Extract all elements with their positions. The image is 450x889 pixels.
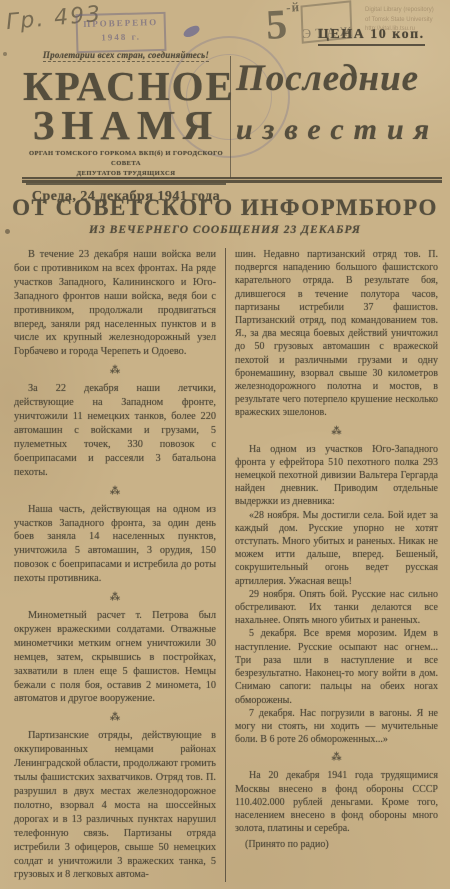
newspaper-title-line2: ЗНАМЯ	[23, 107, 229, 145]
library-watermark: Digital Library (repository) of Tomsk St…	[365, 6, 447, 35]
masthead-divider	[230, 56, 231, 178]
watermark-line: Digital Library (repository)	[365, 6, 447, 16]
asterism-separator: ⁂	[14, 480, 216, 503]
left-column: В течение 23 декабря наши войска вели бо…	[14, 248, 226, 882]
body-paragraph: 7 декабря. Нас погрузили в вагоны. Я не …	[235, 707, 438, 747]
body-paragraph: Минометный расчет т. Петрова был окружен…	[14, 609, 216, 706]
article-subheadline: ИЗ ВЕЧЕРНЕГО СООБЩЕНИЯ 23 ДЕКАБРЯ	[0, 224, 450, 236]
asterism-separator: ⁂	[14, 359, 216, 382]
bulletin-title-line2: известия	[236, 113, 446, 147]
asterism-separator: ⁂	[235, 746, 438, 769]
newspaper-title-line1: КРАСНОЕ	[23, 66, 229, 107]
body-paragraph: За 22 декабря наши летчики, действующие …	[14, 382, 216, 479]
margin-ink-dot	[3, 52, 7, 56]
body-paragraph: 29 ноября. Опять бой. Русские нас сильно…	[235, 588, 438, 628]
body-paragraph: На 20 декабря 1941 года трудящимися Моск…	[235, 769, 438, 835]
floor-stamp-suffix: -й	[286, 0, 301, 15]
asterism-separator: ⁂	[235, 420, 438, 443]
asterism-separator: ⁂	[14, 586, 216, 609]
body-paragraph: На одном из участков Юго-Западного фронт…	[235, 443, 438, 509]
floor-number-stamp: 5-й ЭТАЖ	[265, 0, 302, 47]
checked-stamp-word: ПРОВЕРЕНО	[78, 16, 164, 32]
body-paragraph: шин. Недавно партизанский отряд тов. П. …	[235, 248, 438, 420]
masthead-rule	[26, 183, 226, 185]
body-paragraph: В течение 23 декабря наши войска вели бо…	[14, 248, 216, 359]
organ-line1: ОРГАН ТОМСКОГО ГОРКОМА ВКП(б) И ГОРОДСКО…	[23, 149, 229, 169]
asterism-separator: ⁂	[14, 706, 216, 729]
body-paragraph: «28 ноября. Мы достигли села. Бой идет з…	[235, 509, 438, 588]
masthead-bottom-rule	[22, 177, 442, 183]
ink-blot-mark	[182, 24, 201, 39]
newspaper-scan: Гр. 493 ПРОВЕРЕНО 1948 г. 5-й ЭТАЖ ЦЕНА …	[0, 0, 450, 889]
article-headline: ОТ СОВЕТСКОГО ИНФОРМБЮРО	[0, 195, 450, 221]
radio-note: (Принято по радио)	[235, 838, 438, 851]
body-paragraph: Партизанские отряды, действующие в оккуп…	[14, 729, 216, 882]
slogan-line: Пролетарии всех стран, соединяйтесь!	[43, 50, 209, 62]
watermark-line: http://vital.lib.tsu.ru	[365, 25, 447, 35]
bulletin-title-line1: Последние	[236, 60, 446, 97]
watermark-line: of Tomsk State University	[365, 16, 447, 26]
right-column: шин. Недавно партизанский отряд тов. П. …	[226, 248, 438, 882]
article-body: В течение 23 декабря наши войска вели бо…	[14, 248, 438, 882]
masthead-right-block: Последние известия	[236, 60, 446, 147]
checked-stamp-year: 1948 г.	[78, 29, 164, 45]
floor-stamp-digit: 5	[265, 2, 288, 49]
body-paragraph: 5 декабря. Все время морозим. Идем в нас…	[235, 627, 438, 706]
body-paragraph: Наша часть, действующая на одном из учас…	[14, 503, 216, 586]
